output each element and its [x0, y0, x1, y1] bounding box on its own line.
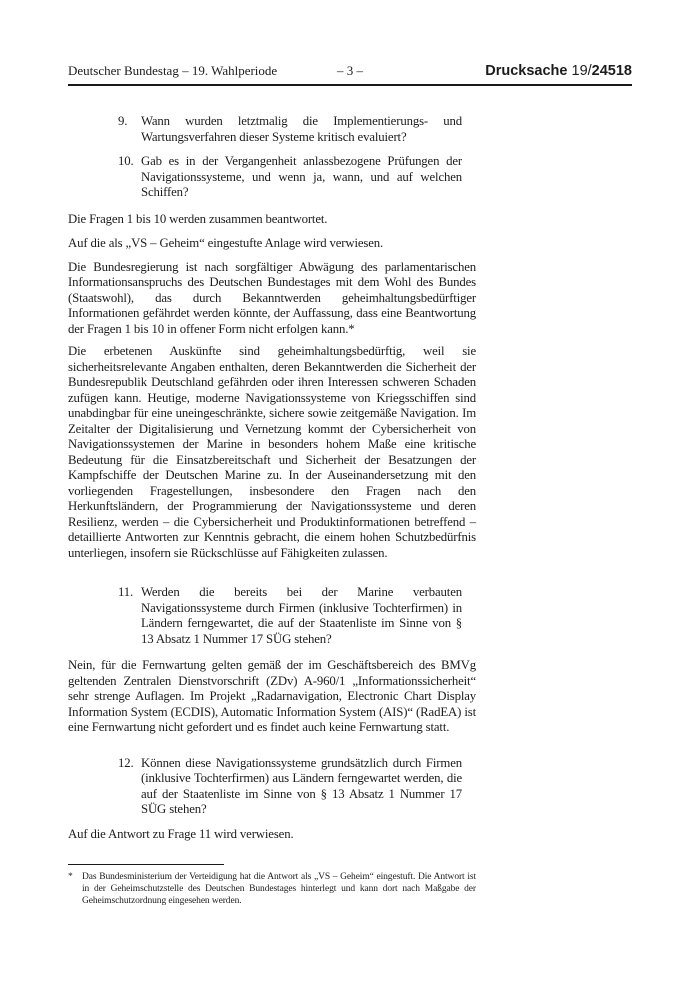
question-text: Können diese Navigationssysteme grundsät… — [141, 756, 462, 818]
publication-title: Deutscher Bundestag – 19. Wahlperiode — [68, 63, 337, 78]
question-number: 11. — [118, 585, 141, 647]
drucksache-number: 24518 — [592, 63, 632, 79]
document-page: Deutscher Bundestag – 19. Wahlperiode – … — [0, 0, 700, 990]
page-header: Deutscher Bundestag – 19. Wahlperiode – … — [68, 63, 632, 86]
question-number: 9. — [118, 114, 141, 145]
answer-11: Nein, für die Fernwartung gelten gemäß d… — [68, 658, 476, 736]
question-text: Werden die bereits bei der Marine verbau… — [141, 585, 462, 647]
footnote: * Das Bundesministerium der Verteidigung… — [68, 871, 476, 907]
question-12: 12. Können diese Navigationssysteme grun… — [118, 756, 462, 818]
footnote-marker: * — [68, 871, 82, 907]
drucksache-label: Drucksache — [485, 63, 567, 79]
question-10: 10. Gab es in der Vergangenheit anlassbe… — [118, 154, 462, 201]
question-9: 9. Wann wurden letztmalig die Implementi… — [118, 114, 462, 145]
page-number: – 3 – — [337, 63, 363, 78]
answer-12: Auf die Antwort zu Frage 11 wird verwies… — [68, 827, 476, 843]
footnote-text: Das Bundesministerium der Verteidigung h… — [82, 871, 476, 907]
drucksache-number-prefix: 19/ — [572, 63, 592, 79]
question-number: 12. — [118, 756, 141, 818]
question-text: Gab es in der Vergangenheit anlassbezoge… — [141, 154, 462, 201]
question-11: 11. Werden die bereits bei der Marine ve… — [118, 585, 462, 647]
answer-intro-2: Auf die als „VS – Geheim“ eingestufte An… — [68, 236, 476, 252]
answer-paragraph-begruendung: Die erbetenen Auskünfte sind geheimhaltu… — [68, 344, 476, 561]
footnote-divider — [68, 864, 224, 865]
answer-intro-1: Die Fragen 1 bis 10 werden zusammen bean… — [68, 212, 476, 228]
question-text: Wann wurden letztmalig die Implementieru… — [141, 114, 462, 145]
document-body: 9. Wann wurden letztmalig die Implementi… — [68, 114, 476, 842]
document-number: Drucksache 19/24518 — [363, 64, 632, 79]
answer-paragraph-staatswohl: Die Bundesregierung ist nach sorgfältige… — [68, 260, 476, 338]
question-number: 10. — [118, 154, 141, 201]
